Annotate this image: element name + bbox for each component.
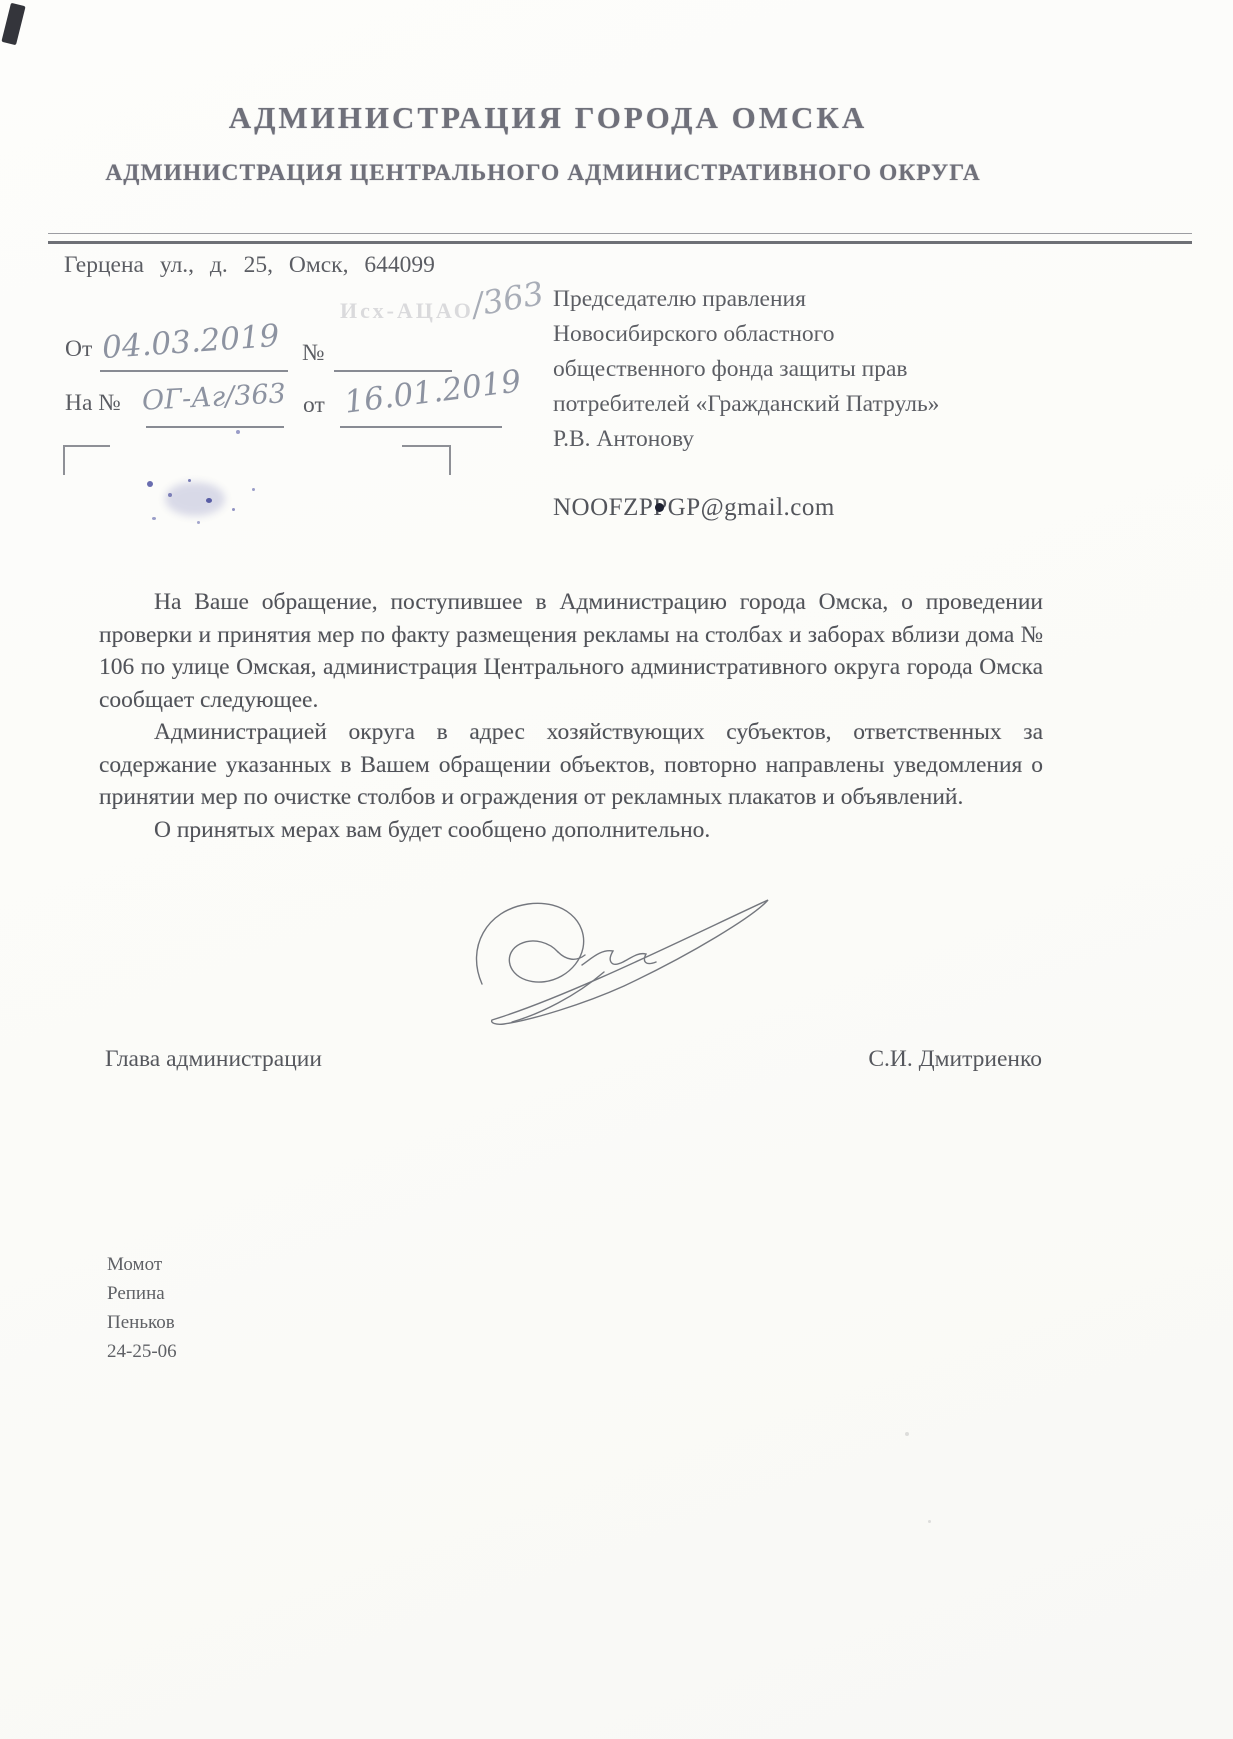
body-paragraph: Администрацией округа в адрес хозяйствую… bbox=[99, 716, 1043, 814]
header-rule-thick bbox=[48, 241, 1192, 244]
ink-dot bbox=[655, 503, 664, 512]
recipient-block: Председателю правления Новосибирского об… bbox=[553, 282, 1013, 457]
executor-line: Репина bbox=[107, 1279, 177, 1308]
faint-stamp-text: Исх-АЦАО bbox=[340, 298, 474, 324]
executors-block: Момот Репина Пеньков 24-25-06 bbox=[107, 1250, 177, 1366]
from-date-line bbox=[100, 370, 288, 372]
executor-line: Пеньков bbox=[107, 1308, 177, 1337]
letter-body: На Ваше обращение, поступившее в Админис… bbox=[99, 586, 1043, 846]
ink-dot bbox=[206, 498, 212, 503]
recipient-line: Председателю правления bbox=[553, 282, 1013, 317]
signer-name: С.И. Дмитриенко bbox=[99, 1046, 1042, 1073]
handwritten-signature bbox=[452, 886, 797, 1041]
executor-line: Момот bbox=[107, 1250, 177, 1279]
address-corner-bracket-right bbox=[402, 445, 451, 475]
number-line bbox=[334, 370, 452, 372]
ink-dot bbox=[188, 479, 191, 482]
reply-label: На № bbox=[65, 390, 121, 417]
recipient-line: общественного фонда защиты прав bbox=[553, 352, 1013, 387]
scan-speck bbox=[905, 1432, 909, 1436]
ink-smudge bbox=[165, 482, 225, 516]
reply-number-line bbox=[146, 426, 284, 428]
body-paragraph: На Ваше обращение, поступившее в Админис… bbox=[99, 586, 1043, 716]
executor-phone: 24-25-06 bbox=[107, 1337, 177, 1366]
from-date-handwritten: 04.03.2019 bbox=[101, 318, 281, 366]
ink-dot bbox=[152, 517, 156, 520]
ink-dot bbox=[232, 508, 235, 511]
org-name-city: АДМИНИСТРАЦИЯ ГОРОДА ОМСКА bbox=[0, 100, 1096, 136]
recipient-email: NOOFZPPGP@gmail.com bbox=[553, 494, 835, 522]
recipient-line: Новосибирского областного bbox=[553, 317, 1013, 352]
stamp-number-handwritten: /363 bbox=[469, 274, 546, 324]
reply-from-label: от bbox=[303, 392, 325, 419]
number-label: № bbox=[302, 340, 324, 367]
ink-dot bbox=[168, 493, 172, 497]
from-label: От bbox=[65, 336, 92, 363]
scan-corner-artifact bbox=[1, 3, 25, 45]
sender-address: Герцена ул., д. 25, Омск, 644099 bbox=[64, 252, 435, 279]
ink-dot bbox=[252, 488, 255, 491]
ink-dot bbox=[236, 430, 240, 434]
scanned-letter-page: АДМИНИСТРАЦИЯ ГОРОДА ОМСКА АДМИНИСТРАЦИЯ… bbox=[0, 0, 1233, 1739]
org-name-district: АДМИНИСТРАЦИЯ ЦЕНТРАЛЬНОГО АДМИНИСТРАТИВ… bbox=[0, 160, 1086, 187]
body-paragraph: О принятых мерах вам будет сообщено допо… bbox=[99, 814, 1043, 847]
ink-dot bbox=[197, 521, 200, 524]
reply-date-line bbox=[340, 426, 502, 428]
scan-speck bbox=[928, 1520, 931, 1523]
recipient-line: Р.В. Антонову bbox=[553, 422, 1013, 457]
address-corner-bracket-left bbox=[63, 445, 110, 475]
recipient-line: потребителей «Гражданский Патруль» bbox=[553, 387, 1013, 422]
header-rule-thin bbox=[48, 233, 1192, 234]
reply-number-handwritten: ОГ-Аг/363 bbox=[141, 378, 286, 416]
ink-dot bbox=[147, 481, 153, 487]
